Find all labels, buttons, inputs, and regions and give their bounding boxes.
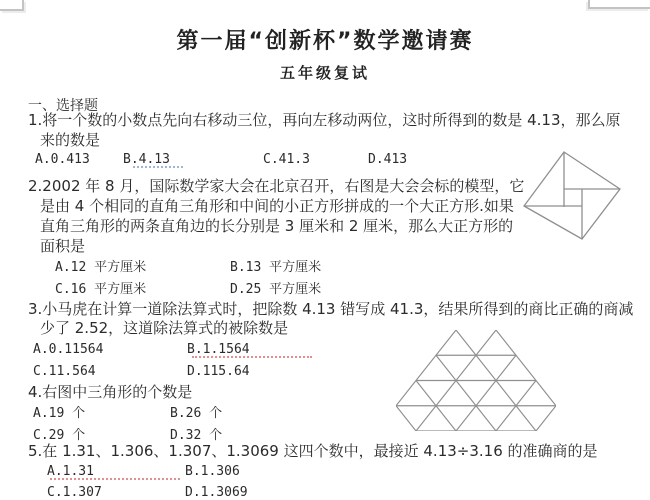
question-2-option-a: A.12 平方厘米 bbox=[55, 256, 146, 275]
page-corner-mark-left bbox=[0, 0, 24, 11]
question-5-option-c: C.1.307 bbox=[47, 485, 102, 500]
question-1-option-a: A.0.413 bbox=[35, 152, 90, 167]
exam-title: 第一届“创新杯”数学邀请赛 bbox=[0, 24, 650, 55]
question-4-option-b: B.26 个 bbox=[170, 402, 222, 421]
question-1-option-c: C.41.3 bbox=[263, 152, 310, 167]
question-2-option-c: C.16 平方厘米 bbox=[55, 278, 146, 297]
question-2-option-b: B.13 平方厘米 bbox=[230, 256, 321, 275]
question-2-line-2: 是由 4 个相同的直角三角形和中间的小正方形拼成的一个大正方形.如果 bbox=[40, 198, 514, 215]
question-2-line-1: 2.2002 年 8 月，国际数学家大会在北京召开，右图是大会会标的模型，它 bbox=[28, 178, 524, 195]
question-1-line-2: 来的数是 bbox=[40, 132, 100, 149]
question-5-option-a: A.1.31 bbox=[47, 464, 94, 479]
question-3-option-a: A.0.11564 bbox=[33, 342, 103, 357]
question-4-line-1: 4.右图中三角形的个数是 bbox=[28, 384, 192, 401]
question-3-option-d: D.115.64 bbox=[187, 364, 250, 379]
question-5-line-1: 5.在 1.31、1.306、1.307、1.3069 这四个数中，最接近 4.… bbox=[28, 443, 598, 460]
question-5-option-b: B.1.306 bbox=[185, 464, 240, 479]
question-5-option-d: D.1.3069 bbox=[185, 485, 248, 500]
question-2-line-3: 直角三角形的两条直角边的长分别是 3 厘米和 2 厘米，那么大正方形的 bbox=[40, 218, 513, 235]
question-4-option-d: D.32 个 bbox=[170, 424, 222, 443]
exam-document-page: 第一届“创新杯”数学邀请赛 五年级复试 一、选择题 1.将一个数的小数点先向右移… bbox=[0, 0, 650, 500]
page-corner-mark-right bbox=[588, 0, 650, 9]
question-2-line-4: 面积是 bbox=[40, 238, 85, 255]
question-1-line-1: 1.将一个数的小数点先向右移动三位，再向左移动两位，这时所得到的数是 4.13，… bbox=[28, 112, 620, 129]
question-3-line-1: 3.小马虎在计算一道除法算式时，把除数 4.13 错写成 41.3，结果所得到的… bbox=[28, 301, 633, 318]
answer-underline-q5 bbox=[50, 478, 180, 480]
triangle-grid-figure bbox=[396, 330, 556, 431]
congress-logo-figure bbox=[522, 147, 627, 247]
answer-underline-q1 bbox=[133, 166, 183, 168]
question-2-option-d: D.25 平方厘米 bbox=[230, 278, 321, 297]
question-3-option-b: B.1.1564 bbox=[187, 342, 250, 357]
answer-underline-q3 bbox=[192, 356, 312, 358]
question-3-option-c: C.11.564 bbox=[33, 364, 96, 379]
exam-subtitle: 五年级复试 bbox=[0, 62, 650, 83]
question-1-option-b: B.4.13 bbox=[123, 152, 170, 167]
question-4-option-a: A.19 个 bbox=[33, 402, 85, 421]
question-4-option-c: C.29 个 bbox=[33, 424, 85, 443]
question-1-option-d: D.413 bbox=[368, 152, 407, 167]
question-3-line-2: 少了 2.52，这道除法算式的被除数是 bbox=[40, 320, 288, 337]
